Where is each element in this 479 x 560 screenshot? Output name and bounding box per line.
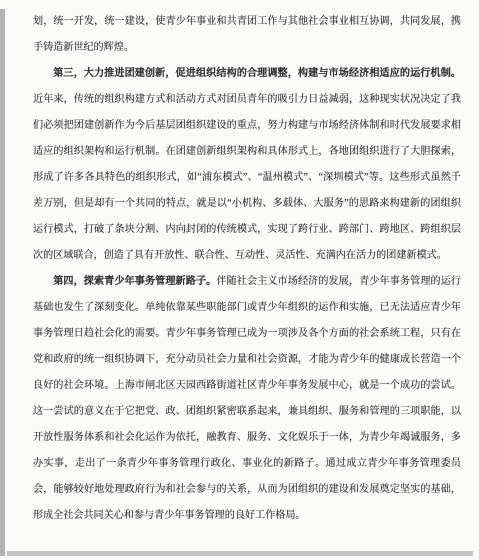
paragraph-text: 划，统一开发，统一建设，使青少年事业和共青团工作与其他社会事业相互协调，共同发展… xyxy=(33,16,461,53)
scanned-document-page: 划，统一开发，统一建设，使青少年事业和共青团工作与其他社会事业相互协调，共同发展… xyxy=(0,0,479,560)
paragraph-point-three: 第三，大力推进团建创新，促进组织结构的合理调整，构建与市场经济相适应的运行机制。… xyxy=(33,61,461,269)
paragraph-bold-lead: 第四，探索青少年事务管理新路子。 xyxy=(53,276,216,287)
paragraph-continuation: 划，统一开发，统一建设，使青少年事业和共青团工作与其他社会事业相互协调，共同发展… xyxy=(33,9,461,61)
paragraph-bold-lead: 第三，大力推进团建创新，促进组织结构的合理调整，构建与市场经济相适应的运行机制。 xyxy=(53,68,461,79)
paragraph-text: 近年来，传统的组织构建方式和活动方式对团员青年的吸引力日益减弱，这种现实状况决定… xyxy=(33,94,461,261)
page-edge-shadow-bottom xyxy=(7,551,473,556)
page-edge-shadow-left xyxy=(0,9,5,556)
document-text: 划，统一开发，统一建设，使青少年事业和共青团工作与其他社会事业相互协调，共同发展… xyxy=(33,9,461,529)
paragraph-point-four: 第四，探索青少年事务管理新路子。伴随社会主义市场经济的发展，青少年事务管理的运行… xyxy=(33,269,461,529)
paragraph-text: 伴随社会主义市场经济的发展，青少年事务管理的运行基础也发生了深刻变化。单纯依靠某… xyxy=(33,276,461,521)
